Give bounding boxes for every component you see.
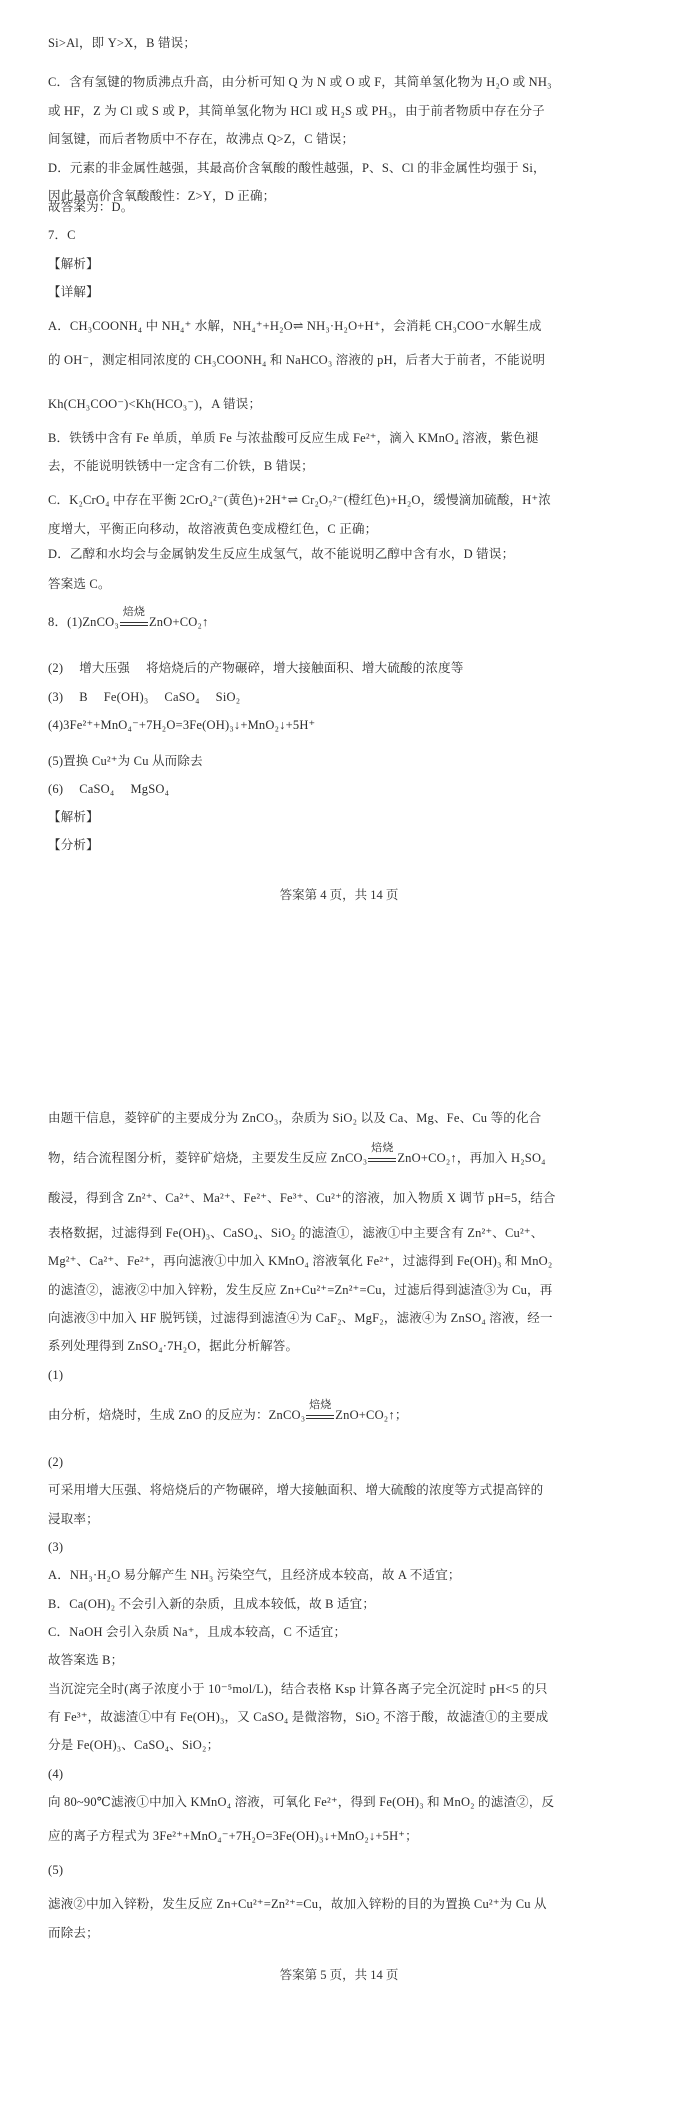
answer-8-1: 8．(1)ZnCO₃焙烧ZnO+CO₂↑ (48, 614, 208, 630)
answer-8-2: (2) 增大压强 将焙烧后的产物碾碎，增大接触面积、增大硫酸的浓度等 (48, 660, 464, 676)
section-tag-fenxi: 【分析】 (48, 837, 99, 853)
text-line: B．铁锈中含有 Fe 单质，单质 Fe 与浓盐酸可反应生成 Fe²⁺，滴入 KM… (48, 430, 538, 446)
subquestion-label: (1) (48, 1367, 63, 1383)
section-tag-analysis: 【解析】 (48, 256, 99, 272)
text-line: 的 OH⁻，测定相同浓度的 CH₃COONH₄ 和 NaHCO₃ 溶液的 pH，… (48, 352, 545, 368)
text-line: B．Ca(OH)₂ 不会引入新的杂质，且成本较低，故 B 适宜； (48, 1596, 375, 1612)
answer-8-3: (3) B Fe(OH)₃ CaSO₄ SiO₂ (48, 689, 240, 705)
subquestion-label: (4) (48, 1766, 63, 1782)
text-line: Kh(CH₃COO⁻)<Kh(HCO₃⁻)，A 错误； (48, 396, 261, 412)
text-line: A．NH₃·H₂O 易分解产生 NH₃ 污染空气，且经济成本较高，故 A 不适宜… (48, 1567, 461, 1583)
text-line: 分是 Fe(OH)₃、CaSO₄、SiO₂； (48, 1737, 219, 1753)
text-line: D．元素的非金属性越强，其最高价含氧酸的酸性越强，P、S、Cl 的非金属性均强于… (48, 160, 546, 176)
text-line: 物，结合流程图分析，菱锌矿焙烧，主要发生反应 ZnCO₃焙烧ZnO+CO₂↑，再… (48, 1150, 546, 1166)
text-line: Si>Al，即 Y>X，B 错误； (48, 35, 196, 51)
text-line: 有 Fe³⁺，故滤渣①中有 Fe(OH)₃，又 CaSO₄ 是微溶物，SiO₂ … (48, 1709, 548, 1725)
text-line: 可采用增大压强、将焙烧后的产物碾碎，增大接触面积、增大硫酸的浓度等方式提高锌的 (48, 1482, 543, 1498)
reaction-condition-arrow: 焙烧 (119, 618, 149, 628)
section-tag-analysis: 【解析】 (48, 809, 99, 825)
answer-line: 故答案为：D。 (48, 199, 133, 215)
text-line: C．K₂CrO₄ 中存在平衡 2CrO₄²⁻(黄色)+2H⁺⇌ Cr₂O₇²⁻(… (48, 492, 551, 508)
reaction-condition-arrow: 焙烧 (367, 1154, 397, 1164)
section-tag-detail: 【详解】 (48, 284, 99, 300)
page-footer: 答案第 5 页，共 14 页 (0, 1965, 678, 1983)
answer-8-4: (4)3Fe²⁺+MnO₄⁻+7H₂O=3Fe(OH)₃↓+MnO₂↓+5H⁺ (48, 717, 315, 733)
text-line: A．CH₃COONH₄ 中 NH₄⁺ 水解，NH₄⁺+H₂O⇌ NH₃·H₂O+… (48, 318, 542, 334)
text-line: 表格数据，过滤得到 Fe(OH)₃、CaSO₄、SiO₂ 的滤渣①，滤液①中主要… (48, 1225, 543, 1241)
subquestion-label: (2) (48, 1454, 63, 1470)
text-line: 间氢键，而后者物质中不存在，故沸点 Q>Z，C 错误； (48, 131, 354, 147)
answer-line: 答案选 C。 (48, 576, 111, 592)
text-line: 或 HF，Z 为 Cl 或 S 或 P，其简单氢化物为 HCl 或 H₂S 或 … (48, 103, 545, 119)
text-line: 度增大，平衡正向移动，故溶液黄色变成橙红色，C 正确； (48, 521, 377, 537)
answer-8-6: (6) CaSO₄ MgSO₄ (48, 781, 169, 797)
text-line: C．NaOH 会引入杂质 Na⁺，且成本较高，C 不适宜； (48, 1624, 346, 1640)
question-number: 7．C (48, 227, 76, 243)
text-line: 故答案选 B； (48, 1652, 123, 1668)
text-line: 系列处理得到 ZnSO₄·7H₂O，据此分析解答。 (48, 1338, 298, 1354)
text-line: 去，不能说明铁锈中一定含有二价铁，B 错误； (48, 458, 314, 474)
text-line: 由题干信息，菱锌矿的主要成分为 ZnCO₃，杂质为 SiO₂ 以及 Ca、Mg、… (48, 1110, 541, 1126)
text-line: 滤液②中加入锌粉，发生反应 Zn+Cu²⁺=Zn²⁺=Cu，故加入锌粉的目的为置… (48, 1896, 547, 1912)
subquestion-label: (3) (48, 1539, 63, 1555)
subquestion-label: (5) (48, 1862, 63, 1878)
text-line: Mg²⁺、Ca²⁺、Fe²⁺，再向滤液①中加入 KMnO₄ 溶液氧化 Fe²⁺，… (48, 1253, 552, 1269)
text-line: D．乙醇和水均会与金属钠发生反应生成氢气，故不能说明乙醇中含有水，D 错误； (48, 546, 514, 562)
page-footer: 答案第 4 页，共 14 页 (0, 885, 678, 903)
text-line: 酸浸，得到含 Zn²⁺、Ca²⁺、Ma²⁺、Fe²⁺、Fe³⁺、Cu²⁺的溶液，… (48, 1190, 556, 1206)
text-line: 的滤渣②，滤液②中加入锌粉，发生反应 Zn+Cu²⁺=Zn²⁺=Cu，过滤后得到… (48, 1282, 552, 1298)
answer-8-5: (5)置换 Cu²⁺为 Cu 从而除去 (48, 753, 203, 769)
text-line: 由分析，焙烧时，生成 ZnO 的反应为：ZnCO₃焙烧ZnO+CO₂↑； (48, 1407, 408, 1423)
text-line: 当沉淀完全时(离子浓度小于 10⁻⁵mol/L)，结合表格 Ksp 计算各离子完… (48, 1681, 548, 1697)
text-line: 而除去； (48, 1925, 99, 1941)
text-line: 应的离子方程式为 3Fe²⁺+MnO₄⁻+7H₂O=3Fe(OH)₃↓+MnO₂… (48, 1828, 418, 1844)
text-line: 向 80~90℃滤液①中加入 KMnO₄ 溶液，可氧化 Fe²⁺，得到 Fe(O… (48, 1794, 554, 1810)
text-line: 向滤液③中加入 HF 脱钙镁，过滤得到滤渣④为 CaF₂、MgF₂，滤液④为 Z… (48, 1310, 553, 1326)
text-line: 浸取率； (48, 1511, 99, 1527)
text-line: C．含有氢键的物质沸点升高，由分析可知 Q 为 N 或 O 或 F，其简单氢化物… (48, 74, 552, 90)
reaction-condition-arrow: 焙烧 (305, 1411, 335, 1421)
